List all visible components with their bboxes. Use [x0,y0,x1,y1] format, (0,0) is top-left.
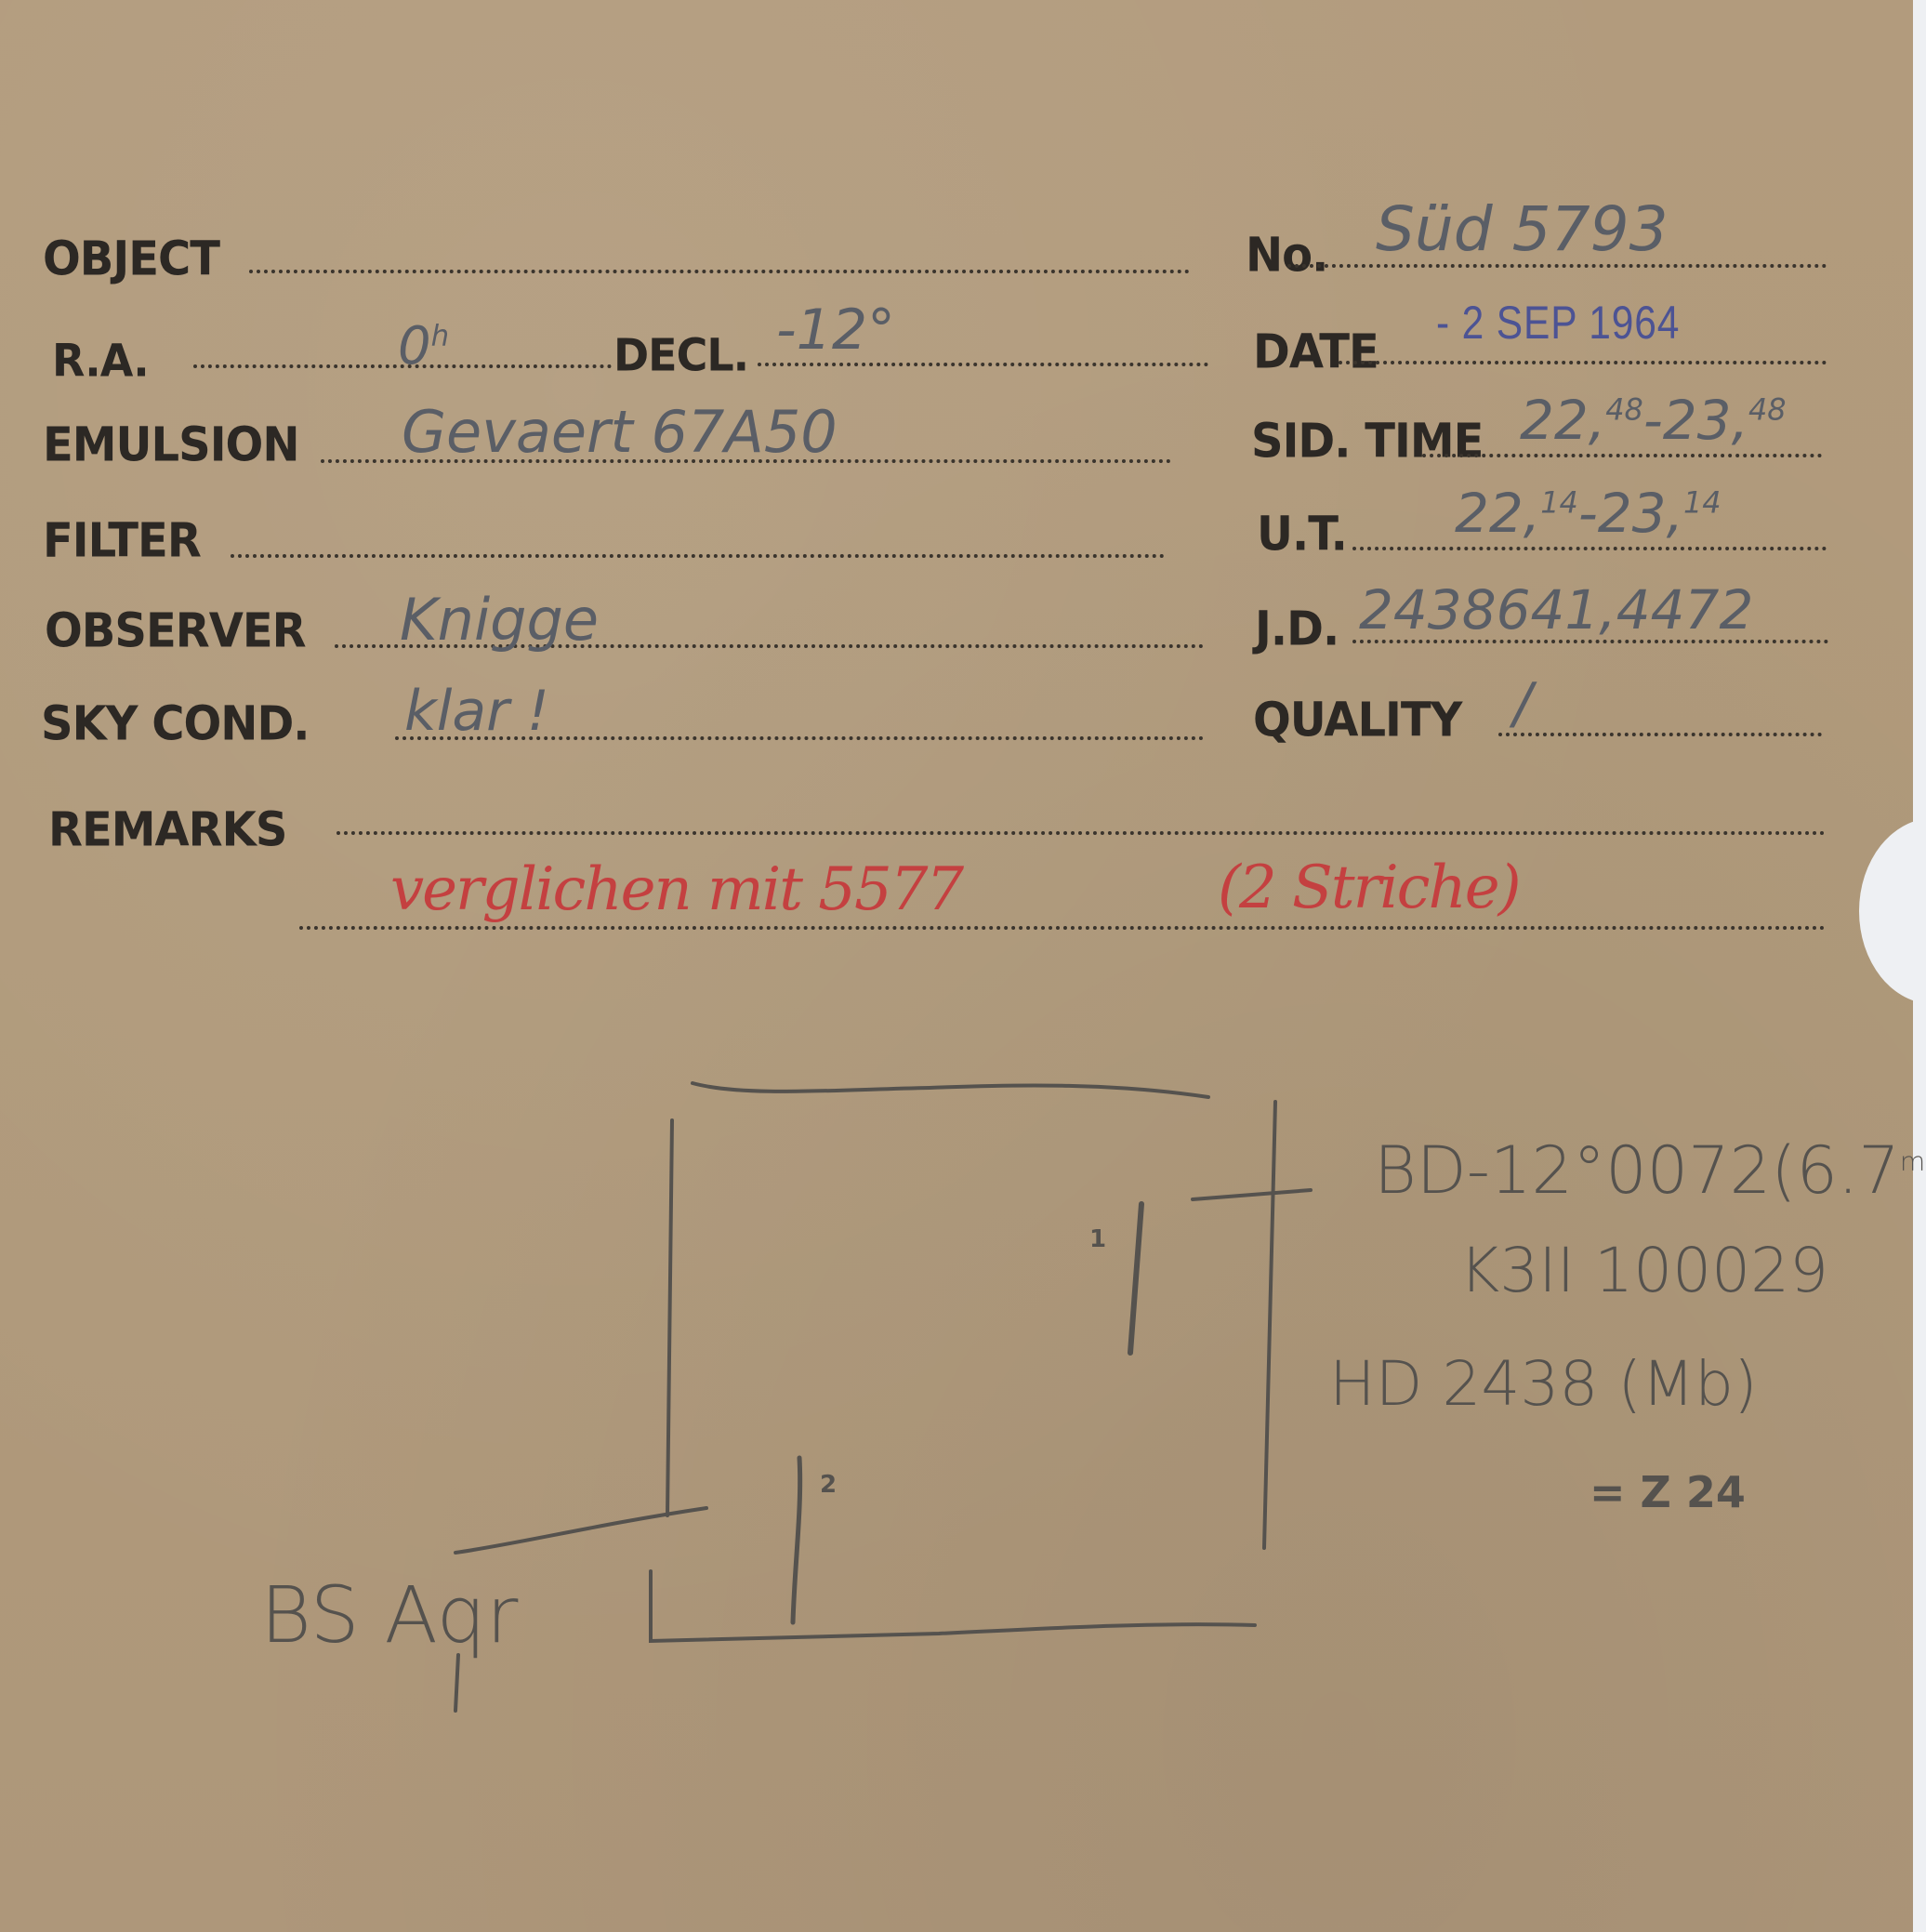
frame-bottom-edge [651,1571,1255,1641]
star-2-label: 2 [820,1471,837,1499]
object-name-annotation: BS Aqr [260,1569,518,1661]
star-1-marker [1130,1204,1141,1353]
plate-envelope: OBJECT R.A. 0h DECL. -12° EMULSION Gevae… [0,0,1913,1932]
star-1-label: 1 [1089,1225,1106,1253]
star-2-marker [793,1458,800,1622]
frame-top-edge [693,1083,1208,1097]
catalog-annotation: K3II 100029 [1459,1235,1828,1306]
crosshair-horizontal-lower [455,1508,706,1553]
crosshair-horizontal-upper [1193,1190,1311,1199]
hd-annotation: HD 2438 (Mb) [1329,1348,1758,1420]
bd-catalog-annotation: BD-12°0072(6.7m) [1374,1132,1926,1209]
frame-right-edge [1264,1102,1275,1548]
frame-left-edge [667,1120,672,1515]
z-annotation: = Z 24 [1590,1467,1746,1517]
object-leader-line [455,1655,458,1711]
